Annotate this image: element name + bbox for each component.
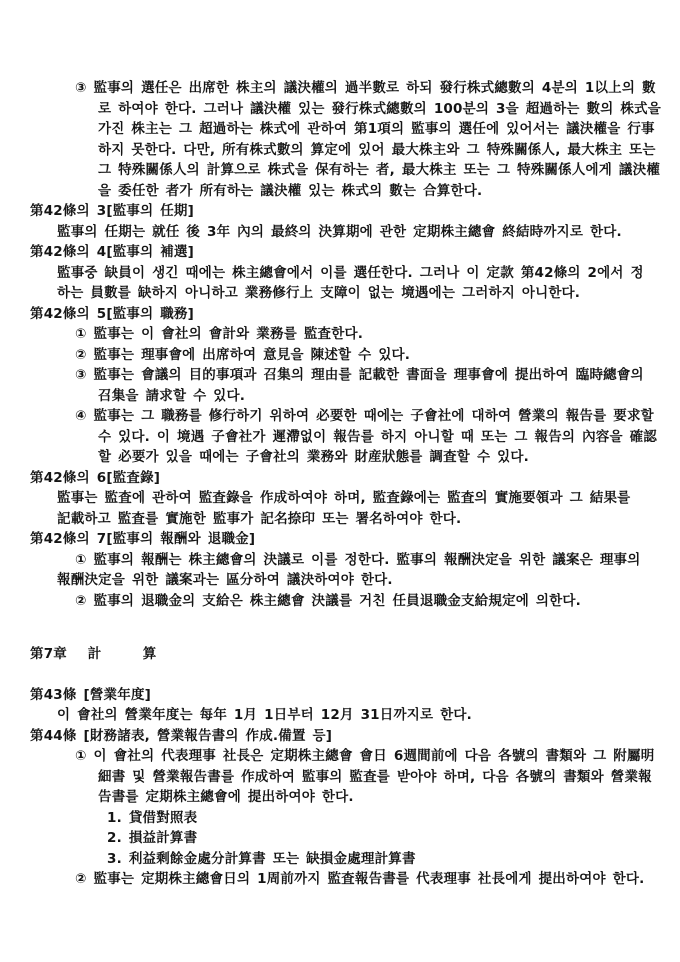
document-line: ① 監事는 이 會社의 會計와 業務를 監査한다. bbox=[0, 324, 680, 345]
article-heading: 第42條의 5[監事의 職務] bbox=[0, 304, 680, 325]
document-line: ① 이 會社의 代表理事 社長은 定期株主總會 會日 6週間前에 다음 各號의 … bbox=[0, 746, 680, 767]
document-line: 하지 못한다. 다만, 所有株式數의 算定에 있어 最大株主와 그 特殊關係人,… bbox=[0, 140, 680, 161]
document-line: 을 委任한 者가 所有하는 議決權 있는 株式의 數는 合算한다. bbox=[0, 181, 680, 202]
document-line: ③ 監事는 會議의 目的事項과 召集의 理由를 記載한 書面을 理事會에 提出하… bbox=[0, 365, 680, 386]
document-line: ② 監事의 退職金의 支給은 株主總會 決議를 거친 任員退職金支給規定에 의한… bbox=[0, 591, 680, 612]
document-line: 記載하고 監査를 實施한 監事가 記名捺印 또는 署名하여야 한다. bbox=[0, 509, 680, 530]
document-line: ② 監事는 理事會에 出席하여 意見을 陳述할 수 있다. bbox=[0, 345, 680, 366]
document-line: 監事는 監査에 관하여 監査錄을 作成하여야 하며, 監査錄에는 監査의 實施要… bbox=[0, 488, 680, 509]
article-heading: 第42條의 4[監事의 補選] bbox=[0, 242, 680, 263]
document-line: 그 特殊關係人의 計算으로 株式을 保有하는 者, 最大株主 또는 그 特殊關係… bbox=[0, 160, 680, 181]
section-spacer bbox=[0, 611, 680, 644]
document-line: 召集을 請求할 수 있다. bbox=[0, 386, 680, 407]
document-line: 가진 株主는 그 超過하는 株式에 관하여 第1項의 監事의 選任에 있어서는 … bbox=[0, 119, 680, 140]
document-page: ③ 監事의 選任은 出席한 株主의 議決權의 過半數로 하되 發行株式總數의 4… bbox=[0, 0, 680, 962]
chapter-heading: 第7章 計 算 bbox=[0, 644, 680, 665]
document-line: 告書를 定期株主總會에 提出하여야 한다. bbox=[0, 787, 680, 808]
document-line: 하는 員數를 缺하지 아니하고 業務修行上 支障이 없는 境遇에는 그러하지 아… bbox=[0, 283, 680, 304]
document-line: 監事중 缺員이 생긴 때에는 株主總會에서 이를 選任한다. 그러나 이 定款 … bbox=[0, 263, 680, 284]
document-line: 할 必要가 있을 때에는 子會社의 業務와 財産狀態를 調査할 수 있다. bbox=[0, 447, 680, 468]
document-line: ③ 監事의 選任은 出席한 株主의 議決權의 過半數로 하되 發行株式總數의 4… bbox=[0, 78, 680, 99]
list-item: 2. 損益計算書 bbox=[0, 828, 680, 849]
article-heading: 第42條의 7[監事의 報酬와 退職金] bbox=[0, 529, 680, 550]
document-line: ① 監事의 報酬는 株主總會의 決議로 이를 정한다. 監事의 報酬決定을 위한… bbox=[0, 550, 680, 571]
document-line: 수 있다. 이 境遇 子會社가 遲滯없이 報告를 하지 아니할 때 또는 그 報… bbox=[0, 427, 680, 448]
document-line: 로 하여야 한다. 그러나 議決權 있는 發行株式總數의 100분의 3을 超過… bbox=[0, 99, 680, 120]
document-line: ④ 監事는 그 職務를 修行하기 위하여 必要한 때에는 子會社에 대하여 營業… bbox=[0, 406, 680, 427]
document-line: 報酬決定을 위한 議案과는 區分하여 議決하여야 한다. bbox=[0, 570, 680, 591]
document-line: 이 會社의 營業年度는 每年 1月 1日부터 12月 31日까지로 한다. bbox=[0, 705, 680, 726]
article-heading: 第43條 [營業年度] bbox=[0, 685, 680, 706]
list-item: 3. 利益剩餘金處分計算書 또는 缺損金處理計算書 bbox=[0, 849, 680, 870]
section-spacer bbox=[0, 665, 680, 685]
article-heading: 第42條의 3[監事의 任期] bbox=[0, 201, 680, 222]
list-item: 1. 貸借對照表 bbox=[0, 808, 680, 829]
article-heading: 第42條의 6[監査錄] bbox=[0, 468, 680, 489]
article-heading: 第44條 [財務諸表, 營業報告書의 作成.備置 등] bbox=[0, 726, 680, 747]
document-line: 監事의 任期는 就任 後 3年 內의 最終의 決算期에 관한 定期株主總會 終結… bbox=[0, 222, 680, 243]
document-line: 細書 및 營業報告書를 作成하여 監事의 監査를 받아야 하며, 다음 各號의 … bbox=[0, 767, 680, 788]
document-line: ② 監事는 定期株主總會日의 1周前까지 監査報告書를 代表理事 社長에게 提出… bbox=[0, 869, 680, 890]
